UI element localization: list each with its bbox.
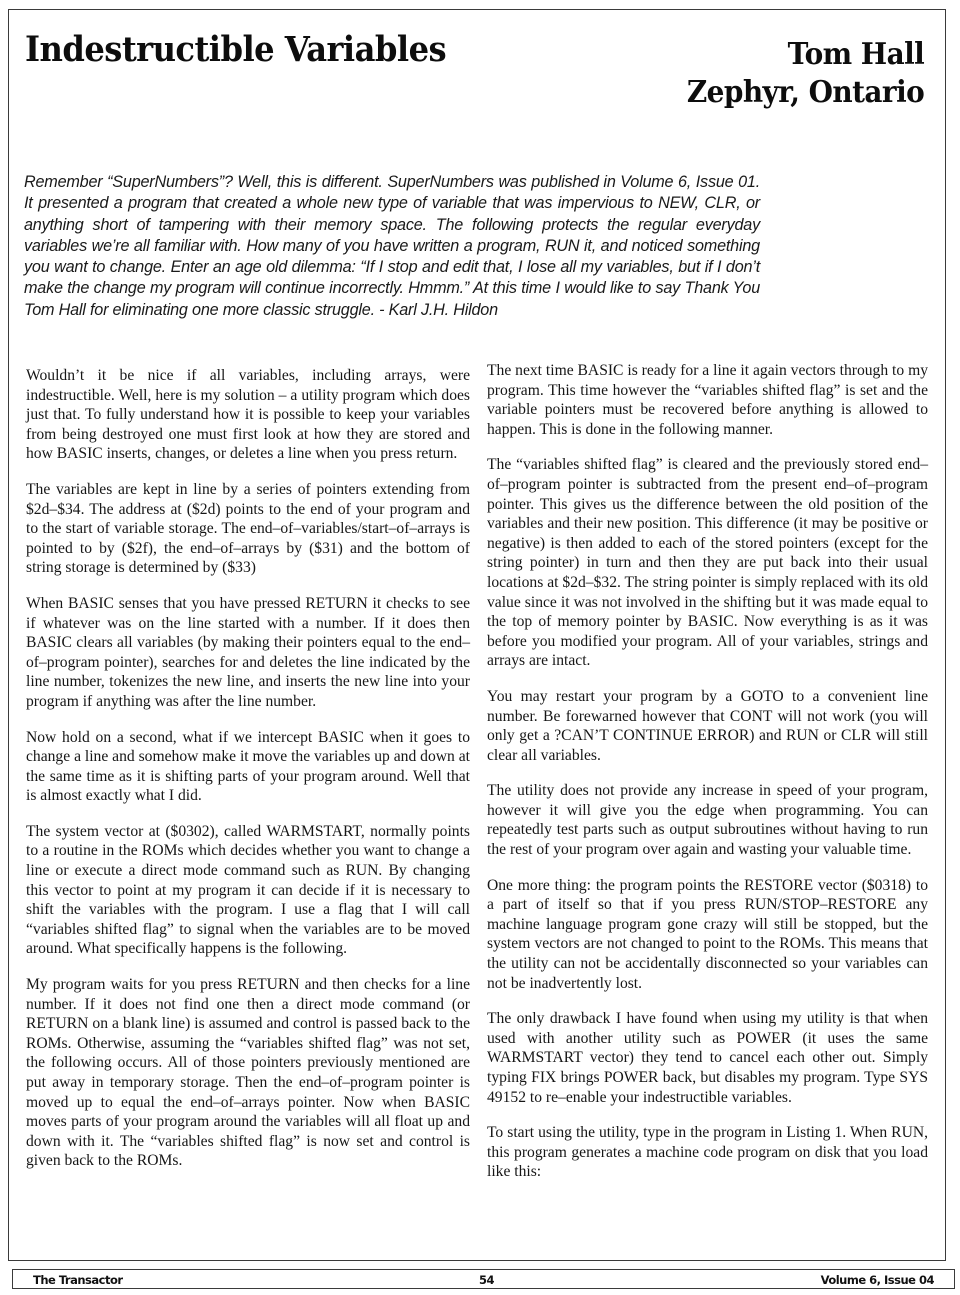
article-title: Indestructible Variables — [25, 32, 446, 67]
paragraph: The next time BASIC is ready for a line … — [487, 361, 928, 439]
editor-intro: Remember “SuperNumbers”? Well, this is d… — [24, 172, 760, 321]
paragraph: My program waits for you press RETURN an… — [26, 975, 470, 1171]
paragraph: The variables are kept in line by a seri… — [26, 480, 470, 578]
author-name: Tom Hall — [687, 36, 924, 74]
paragraph: Wouldn’t it be nice if all variables, in… — [26, 366, 470, 464]
publication-name: The Transactor — [33, 1273, 123, 1287]
paragraph: One more thing: the program points the R… — [487, 876, 928, 994]
paragraph: To start using the utility, type in the … — [487, 1123, 928, 1182]
paragraph: You may restart your program by a GOTO t… — [487, 687, 928, 765]
right-column: The next time BASIC is ready for a line … — [487, 361, 928, 1198]
paragraph: The only drawback I have found when usin… — [487, 1009, 928, 1107]
paragraph: The system vector at ($0302), called WAR… — [26, 822, 470, 959]
paragraph: The utility does not provide any increas… — [487, 781, 928, 859]
left-column: Wouldn’t it be nice if all variables, in… — [26, 366, 470, 1187]
paragraph: The “variables shifted flag” is cleared … — [487, 455, 928, 671]
issue-label: Volume 6, Issue 04 — [821, 1273, 934, 1287]
byline: Tom Hall Zephyr, Ontario — [669, 36, 924, 112]
paragraph: When BASIC senses that you have pressed … — [26, 594, 470, 712]
paragraph: Now hold on a second, what if we interce… — [26, 728, 470, 806]
author-location: Zephyr, Ontario — [687, 74, 924, 112]
page-number: 54 — [479, 1273, 494, 1287]
page-footer: The Transactor 54 Volume 6, Issue 04 — [12, 1269, 955, 1289]
